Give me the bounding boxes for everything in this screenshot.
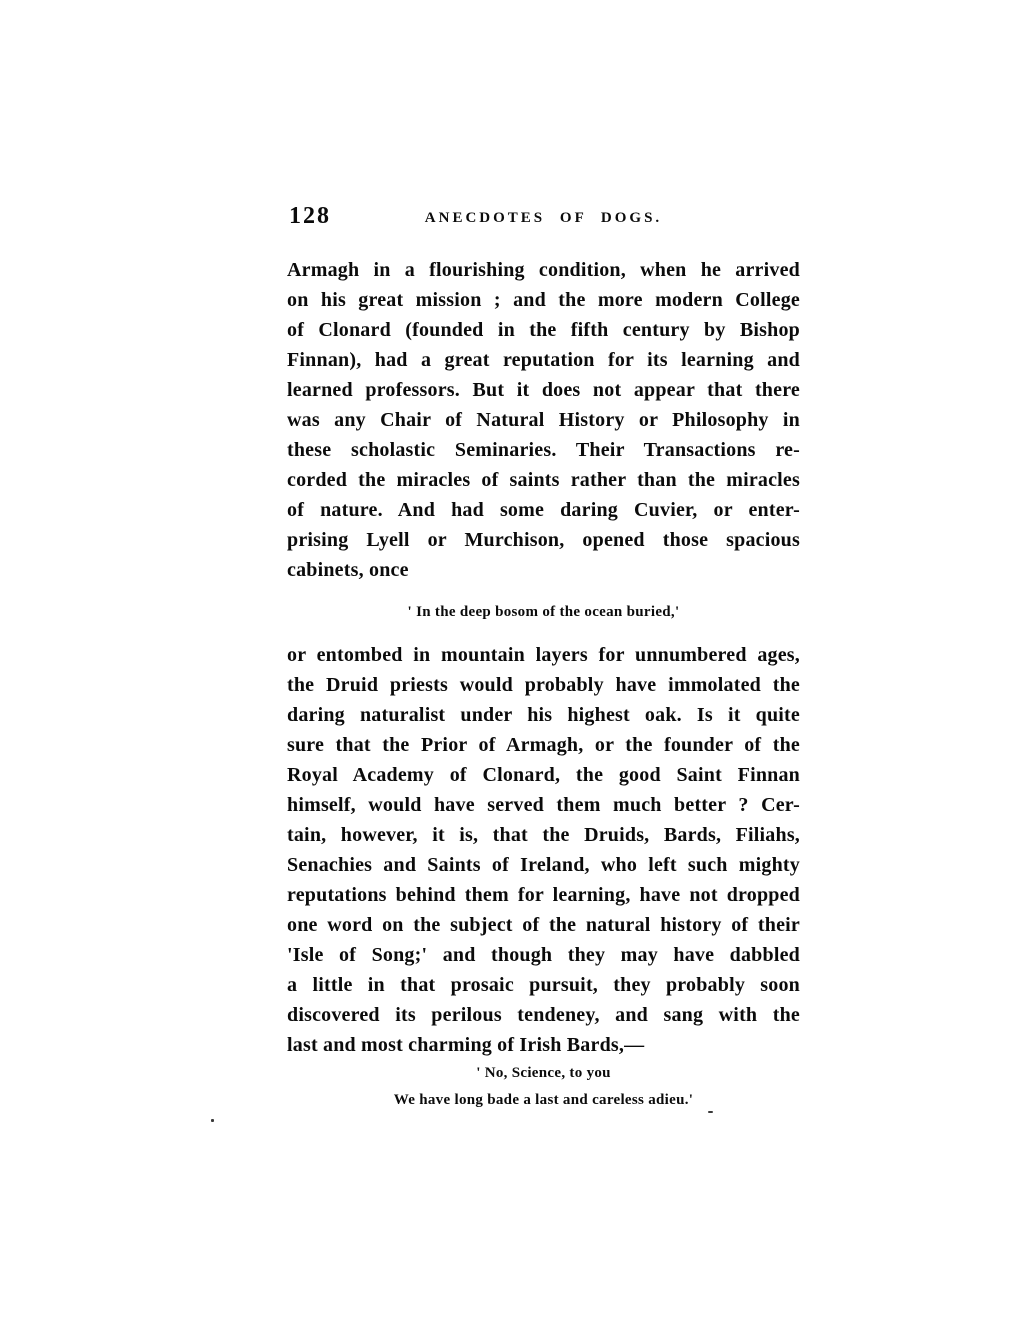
text-line: was any Chair of Natural History or Phil… xyxy=(287,405,800,435)
text-line: of Clonard (founded in the fifth century… xyxy=(287,315,800,345)
page-header: 128 ANECDOTES OF DOGS. xyxy=(287,203,800,235)
text-line: Royal Academy of Clonard, the good Saint… xyxy=(287,760,800,790)
text-line: 'Isle of Song;' and though they may have… xyxy=(287,940,800,970)
text-line: or entombed in mountain layers for unnum… xyxy=(287,640,800,670)
text-line: one word on the subject of the natural h… xyxy=(287,910,800,940)
text-line: sure that the Prior of Armagh, or the fo… xyxy=(287,730,800,760)
text-line: these scholastic Seminaries. Their Trans… xyxy=(287,435,800,465)
scan-speck xyxy=(211,1119,214,1122)
text-line: Senachies and Saints of Ireland, who lef… xyxy=(287,850,800,880)
text-line: learned professors. But it does not appe… xyxy=(287,375,800,405)
text-line: Finnan), had a great reputation for its … xyxy=(287,345,800,375)
text-line: a little in that prosaic pursuit, they p… xyxy=(287,970,800,1000)
paragraph: or entombed in mountain layers for unnum… xyxy=(287,640,800,1060)
running-title: ANECDOTES OF DOGS. xyxy=(287,210,800,227)
text-line: last and most charming of Irish Bards,— xyxy=(287,1030,800,1060)
text-line: daring naturalist under his highest oak.… xyxy=(287,700,800,730)
text-line: himself, would have served them much bet… xyxy=(287,790,800,820)
text-line: of nature. And had some daring Cuvier, o… xyxy=(287,495,800,525)
text-line: reputations behind them for learning, ha… xyxy=(287,880,800,910)
scanned-book-page: 128 ANECDOTES OF DOGS. Armagh in a flour… xyxy=(0,0,1033,1339)
text-line: the Druid priests would probably have im… xyxy=(287,670,800,700)
text-line: We have long bade a last and careless ad… xyxy=(287,1087,800,1114)
text-line: corded the miracles of saints rather tha… xyxy=(287,465,800,495)
verse-quote: ' No, Science, to youWe have long bade a… xyxy=(287,1060,800,1114)
text-line: ' No, Science, to you xyxy=(287,1060,800,1087)
text-line: cabinets, once xyxy=(287,555,800,585)
paragraph: Armagh in a flourishing condition, when … xyxy=(287,255,800,585)
text-line: on his great mission ; and the more mode… xyxy=(287,285,800,315)
text-line: prising Lyell or Murchison, opened those… xyxy=(287,525,800,555)
text-line: discovered its perilous tendeney, and sa… xyxy=(287,1000,800,1030)
page-body: Armagh in a flourishing condition, when … xyxy=(287,255,800,1114)
text-line: Armagh in a flourishing condition, when … xyxy=(287,255,800,285)
scan-speck xyxy=(708,1111,713,1113)
text-line: tain, however, it is, that the Druids, B… xyxy=(287,820,800,850)
text-line: ' In the deep bosom of the ocean buried,… xyxy=(287,598,800,626)
verse-quote: ' In the deep bosom of the ocean buried,… xyxy=(287,598,800,626)
